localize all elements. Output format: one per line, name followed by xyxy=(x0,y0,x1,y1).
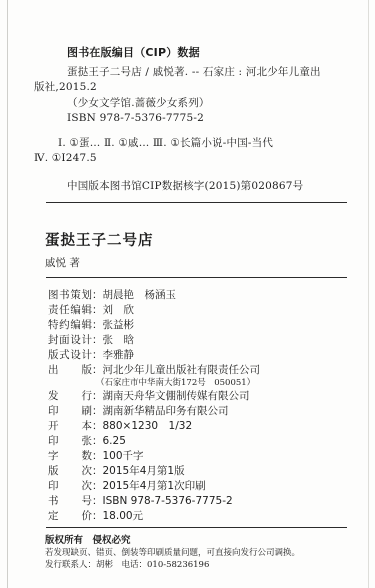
pub-value: 6.25 xyxy=(103,435,126,447)
pub-info-row: 印 次：2015年4月第1次印刷 xyxy=(48,479,347,494)
print-quality-note: 若发现缺页、错页、倒装等印刷质量问题，可直接向发行公司调换。 xyxy=(45,548,347,559)
label-colon: ： xyxy=(92,334,103,346)
pub-label: 封面设计 xyxy=(48,333,92,348)
pub-info-row: 字 数：100千字 xyxy=(48,449,347,464)
pub-label: 定 价 xyxy=(48,509,92,524)
pub-info-row: 出 版：河北少年儿童出版社有限责任公司 xyxy=(48,363,347,378)
pub-value: 河北少年儿童出版社有限责任公司 xyxy=(103,364,261,376)
pub-label: 版式设计 xyxy=(48,348,92,363)
label-colon: ： xyxy=(92,319,103,331)
pub-label: 印 刷 xyxy=(48,404,92,419)
label-colon: ： xyxy=(92,495,103,507)
distribution-contact-line: 发行联系人：胡彬 电话：010-58236196 xyxy=(45,560,347,571)
pub-info-row: 特约编辑：张益彬 xyxy=(48,318,347,333)
pub-info-row: 图书策划：胡晨艳 杨涵玉 xyxy=(48,288,347,303)
label-colon: ： xyxy=(92,435,103,447)
pub-info-row: 开 本：880×1230 1/32 xyxy=(48,419,347,434)
pub-info-row: 版式设计：李雅静 xyxy=(48,348,347,363)
pub-info-row: 印 刷：湖南新华精品印务有限公司 xyxy=(48,404,347,419)
pub-label: 版 次 xyxy=(48,464,92,479)
pub-label: 书 号 xyxy=(48,494,92,509)
cip-data-block: 图书在版编目（CIP）数据 蛋挞王子二号店 / 戚悦著. -- 石家庄 : 河北… xyxy=(34,45,347,194)
book-copyright-page: 图书在版编目（CIP）数据 蛋挞王子二号店 / 戚悦著. -- 石家庄 : 河北… xyxy=(0,0,375,588)
pub-info-row: 责任编辑：刘 欣 xyxy=(48,303,347,318)
label-colon: ： xyxy=(92,349,103,361)
label-colon: ： xyxy=(92,465,103,477)
pub-value: ISBN 978-7-5376-7775-2 xyxy=(103,495,233,507)
book-title: 蛋挞王子二号店 xyxy=(45,229,347,250)
pub-value: 18.00元 xyxy=(103,510,144,522)
cip-entry-line1: 蛋挞王子二号店 / 戚悦著. -- 石家庄 : 河北少年儿童出 xyxy=(34,65,347,81)
divider-middle xyxy=(46,277,347,278)
pub-info-row: 发 行：湖南天舟华文倗制传媒有限公司 xyxy=(48,389,347,404)
pub-value: 100千字 xyxy=(103,450,144,462)
page-content: 图书在版编目（CIP）数据 蛋挞王子二号店 / 戚悦著. -- 石家庄 : 河北… xyxy=(0,0,375,570)
pub-info-row: 封面设计：张 晗 xyxy=(48,333,347,348)
publication-info-block: 图书策划：胡晨艳 杨涵玉 责任编辑：刘 欣 特约编辑：张益彬 封面设计：张 晗 … xyxy=(48,288,347,524)
divider-bottom xyxy=(46,527,347,528)
pub-value: 张 晗 xyxy=(103,334,135,346)
pub-value: 张益彬 xyxy=(103,319,135,331)
cip-classification-line1: Ⅰ. ①蛋… Ⅱ. ①戚… Ⅲ. ①长篇小说-中国-当代 xyxy=(34,136,347,152)
copyright-warning: 版权所有 侵权必究 xyxy=(45,534,347,547)
pub-label: 印 次 xyxy=(48,479,92,494)
label-colon: ： xyxy=(92,289,103,301)
pub-value: 湖南新华精品印务有限公司 xyxy=(103,405,229,417)
label-colon: ： xyxy=(92,480,103,492)
pub-label: 特约编辑 xyxy=(48,318,92,333)
cip-heading: 图书在版编目（CIP）数据 xyxy=(34,45,347,61)
pub-label: 开 本 xyxy=(48,419,92,434)
pub-info-row: 印 张：6.25 xyxy=(48,434,347,449)
label-colon: ： xyxy=(92,364,103,376)
pub-label: 出 版 xyxy=(48,363,92,378)
pub-label: 图书策划 xyxy=(48,288,92,303)
label-colon: ： xyxy=(92,420,103,432)
label-colon: ： xyxy=(92,390,103,402)
label-colon: ： xyxy=(92,450,103,462)
pub-value: 2015年4月第1次印刷 xyxy=(103,480,206,492)
pub-label: 字 数 xyxy=(48,449,92,464)
pub-value: 880×1230 1/32 xyxy=(103,420,193,432)
pub-info-row: 定 价：18.00元 xyxy=(48,509,347,524)
label-colon: ： xyxy=(92,405,103,417)
pub-label: 印 张 xyxy=(48,434,92,449)
pub-value: 李雅静 xyxy=(103,349,135,361)
cip-registry-line: 中国版本图书馆CIP数据核字(2015)第020867号 xyxy=(34,179,347,195)
pub-info-row: 版 次：2015年4月第1版 xyxy=(48,464,347,479)
pub-value: 湖南天舟华文倗制传媒有限公司 xyxy=(103,390,250,402)
pub-info-row: 书 号：ISBN 978-7-5376-7775-2 xyxy=(48,494,347,509)
book-author: 戚悦 著 xyxy=(45,255,347,270)
label-colon: ： xyxy=(92,304,103,316)
pub-value: 2015年4月第1版 xyxy=(103,465,185,477)
pub-label: 责任编辑 xyxy=(48,303,92,318)
title-block: 蛋挞王子二号店 戚悦 著 xyxy=(45,229,347,270)
cip-classification-line2: Ⅳ. ①I247.5 xyxy=(34,151,347,167)
pub-value: 胡晨艳 杨涵玉 xyxy=(103,289,177,301)
label-colon: ： xyxy=(92,510,103,522)
cip-isbn-line: ISBN 978-7-5376-7775-2 xyxy=(34,111,347,127)
pub-label: 发 行 xyxy=(48,389,92,404)
publisher-address-note: （石家庄市中华南大街172号 050051） xyxy=(48,378,347,389)
pub-value: 刘 欣 xyxy=(103,304,135,316)
cip-series-note: （少女文学馆.蔷薇少女系列） xyxy=(34,96,347,112)
cip-entry-line2: 版社,2015.2 xyxy=(34,80,347,96)
copyright-notice-block: 版权所有 侵权必究 若发现缺页、错页、倒装等印刷质量问题，可直接向发行公司调换。… xyxy=(45,534,347,570)
divider-top xyxy=(46,202,347,203)
